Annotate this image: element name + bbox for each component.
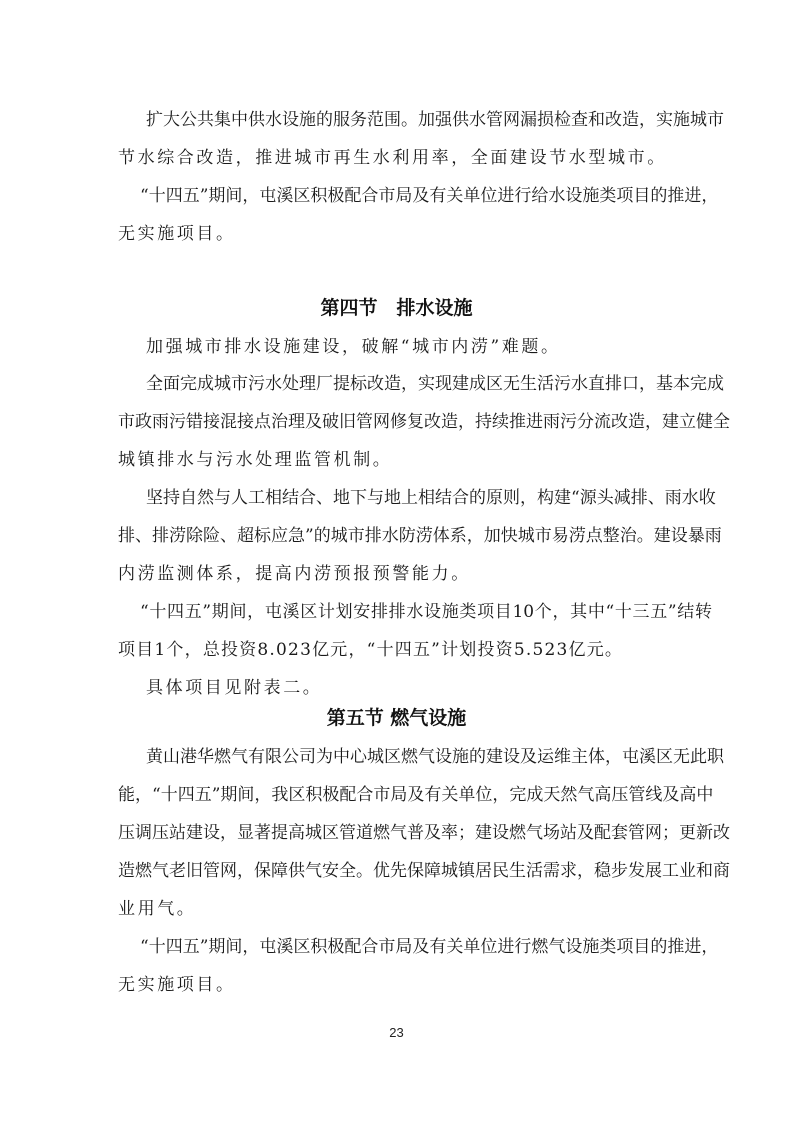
paragraph-line: 扩大公共集中供水设施的服务范围。加强供水管网漏损检查和改造，实施城市 bbox=[146, 109, 712, 131]
paragraph-line: 项目1个，总投资8.023亿元，“十四五”计划投资5.523亿元。 bbox=[118, 639, 712, 661]
paragraph-line: 内涝监测体系，提高内涝预报预警能力。 bbox=[118, 563, 712, 585]
page-number: 23 bbox=[0, 1025, 793, 1040]
section-heading-gas: 第五节 燃气设施 bbox=[0, 706, 793, 730]
paragraph-line: 能，“十四五”期间，我区积极配合市局及有关单位，完成天然气高压管线及高中 bbox=[118, 784, 712, 806]
paragraph-line: 无实施项目。 bbox=[118, 974, 712, 996]
paragraph-line: 业用气。 bbox=[118, 898, 712, 920]
paragraph-line: 全面完成城市污水处理厂提标改造，实现建成区无生活污水直排口，基本完成 bbox=[146, 373, 712, 395]
paragraph-line: “十四五”期间，屯溪区积极配合市局及有关单位进行给水设施类项目的推进， bbox=[140, 185, 716, 207]
paragraph-line: 造燃气老旧管网，保障供气安全。优先保障城镇居民生活需求，稳步发展工业和商 bbox=[118, 860, 712, 882]
paragraph-line: 市政雨污错接混接点治理及破旧管网修复改造，持续推进雨污分流改造，建立健全 bbox=[118, 411, 712, 433]
paragraph-line: 压调压站建设，显著提高城区管道燃气普及率；建设燃气场站及配套管网；更新改 bbox=[118, 822, 712, 844]
paragraph-line: 加强城市排水设施建设，破解“城市内涝”难题。 bbox=[146, 336, 712, 358]
paragraph-line: 节水综合改造，推进城市再生水利用率，全面建设节水型城市。 bbox=[118, 147, 712, 169]
paragraph-line: 排、排涝除险、超标应急”的城市排水防涝体系，加快城市易涝点整治。建设暴雨 bbox=[118, 525, 712, 547]
section-heading-drainage: 第四节 排水设施 bbox=[0, 296, 793, 320]
paragraph-line: “十四五”期间，屯溪区积极配合市局及有关单位进行燃气设施类项目的推进， bbox=[140, 936, 716, 958]
paragraph-line: 具体项目见附表二。 bbox=[146, 677, 712, 699]
paragraph-line: “十四五”期间，屯溪区计划安排排水设施类项目10个，其中“十三五”结转 bbox=[140, 601, 712, 623]
paragraph-line: 城镇排水与污水处理监管机制。 bbox=[118, 449, 712, 471]
paragraph-line: 无实施项目。 bbox=[118, 223, 712, 245]
paragraph-line: 坚持自然与人工相结合、地下与地上相结合的原则，构建“源头减排、雨水收 bbox=[146, 487, 712, 509]
paragraph-line: 黄山港华燃气有限公司为中心城区燃气设施的建设及运维主体，屯溪区无此职 bbox=[146, 746, 712, 768]
